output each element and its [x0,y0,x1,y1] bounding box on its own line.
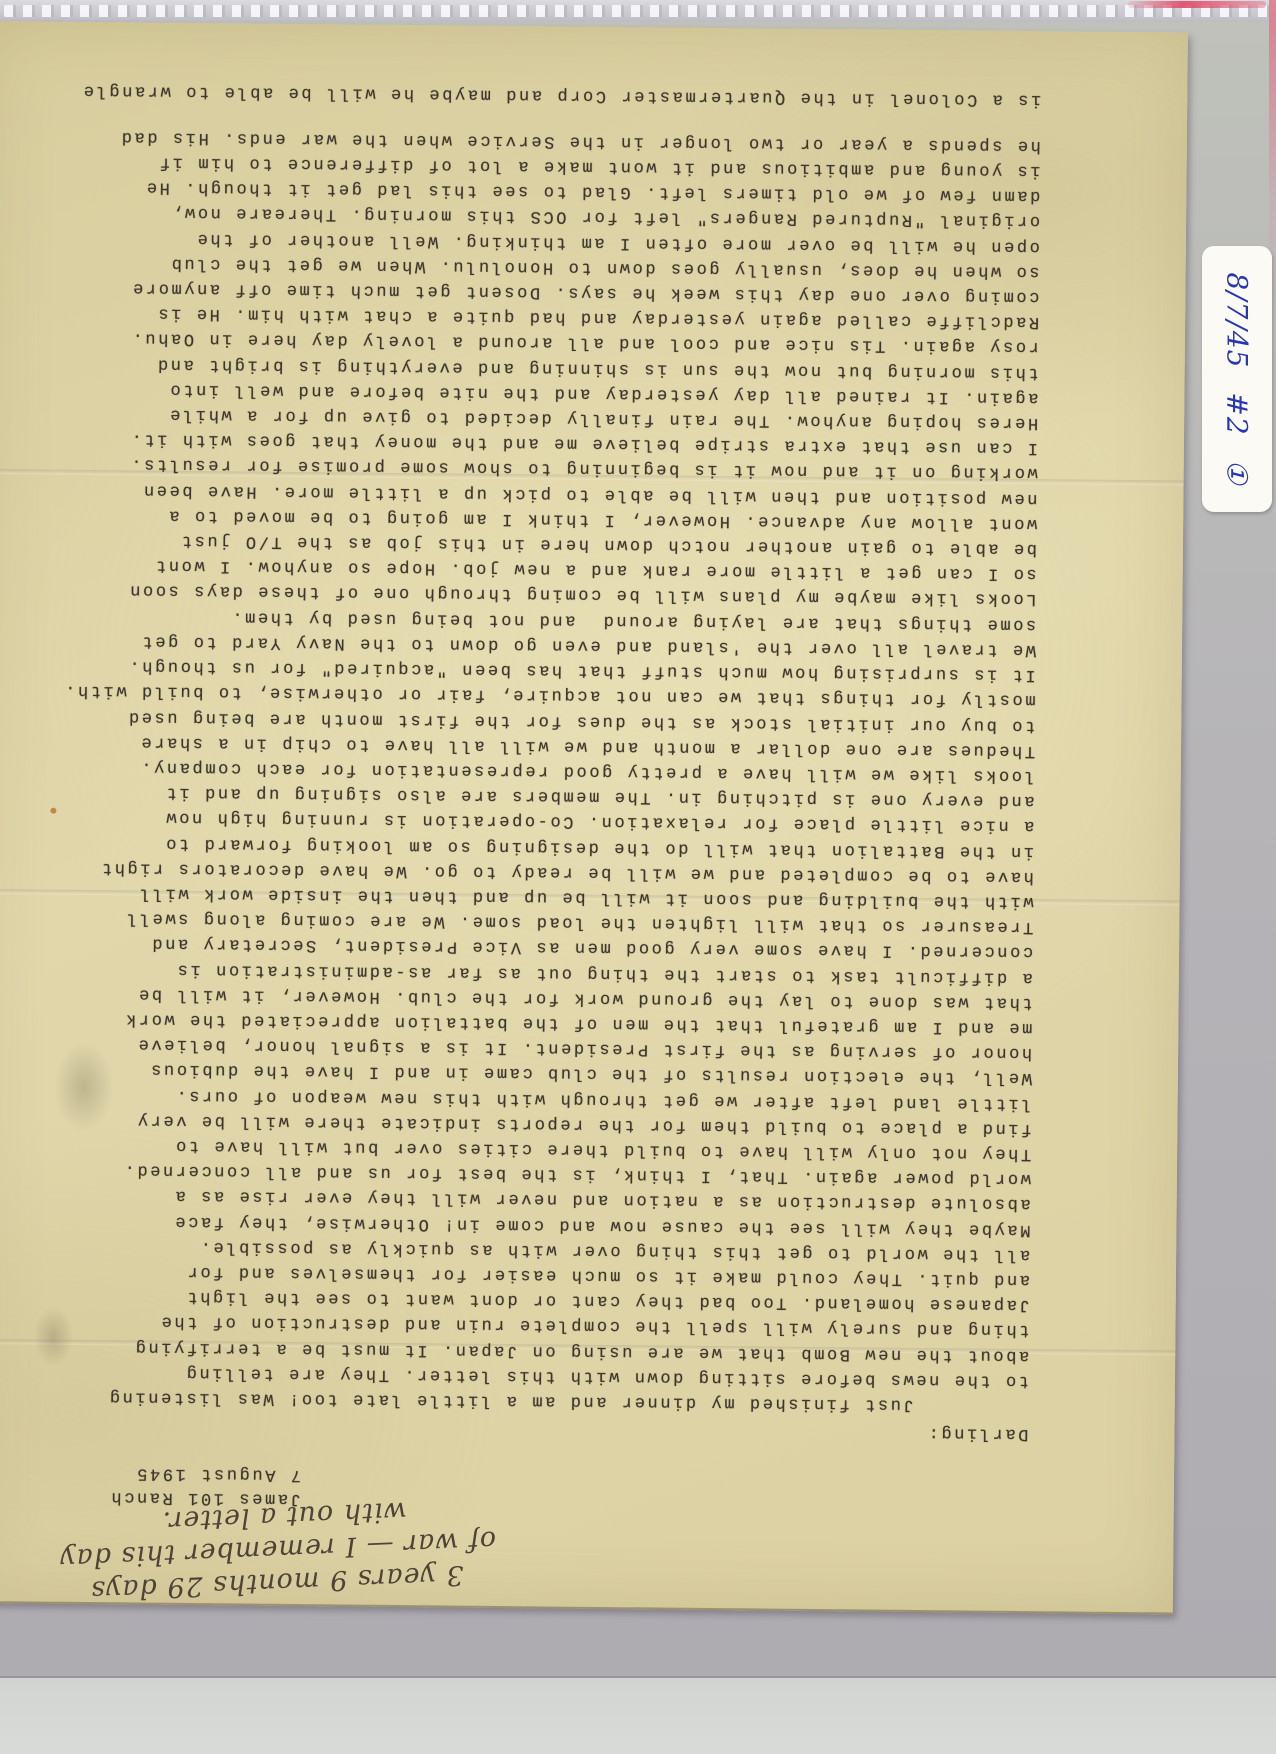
label-circled-number: ① [1221,460,1254,486]
letter-paper: 3 years 9 months 29 daysof war — I remem… [0,21,1188,1614]
archival-label-sticker: 8/7/45 #2 ① [1202,246,1272,512]
scanner-floor-background [0,1678,1276,1754]
letter-content-rotated: 3 years 9 months 29 daysof war — I remem… [0,21,1188,1612]
letterhead-date: 7 August 1945 [109,1460,301,1486]
salutation: Darling: [926,1423,1029,1443]
letterhead-location: James 101 Ranch [109,1484,301,1510]
plastic-binding-strip [0,0,1276,22]
label-number: #2 [1221,392,1254,435]
label-date: 8/7/45 [1221,272,1254,368]
binding-perforation-pattern [4,5,1272,17]
letter-final-line: is a Colonel in the Quartermaster Corp a… [21,77,1041,112]
pink-scan-artifact-top [1128,1,1266,8]
archival-label-text: 8/7/45 #2 ① [1221,259,1254,499]
scanned-letter-page: 3 years 9 months 29 daysof war — I remem… [0,0,1276,1754]
letter-body-lines: Just finished my dinner and am a little … [9,123,1041,1418]
letter-body: Just finished my dinner and am a little … [9,77,1042,1418]
letterhead: James 101 Ranch 7 August 1945 [109,1460,301,1510]
